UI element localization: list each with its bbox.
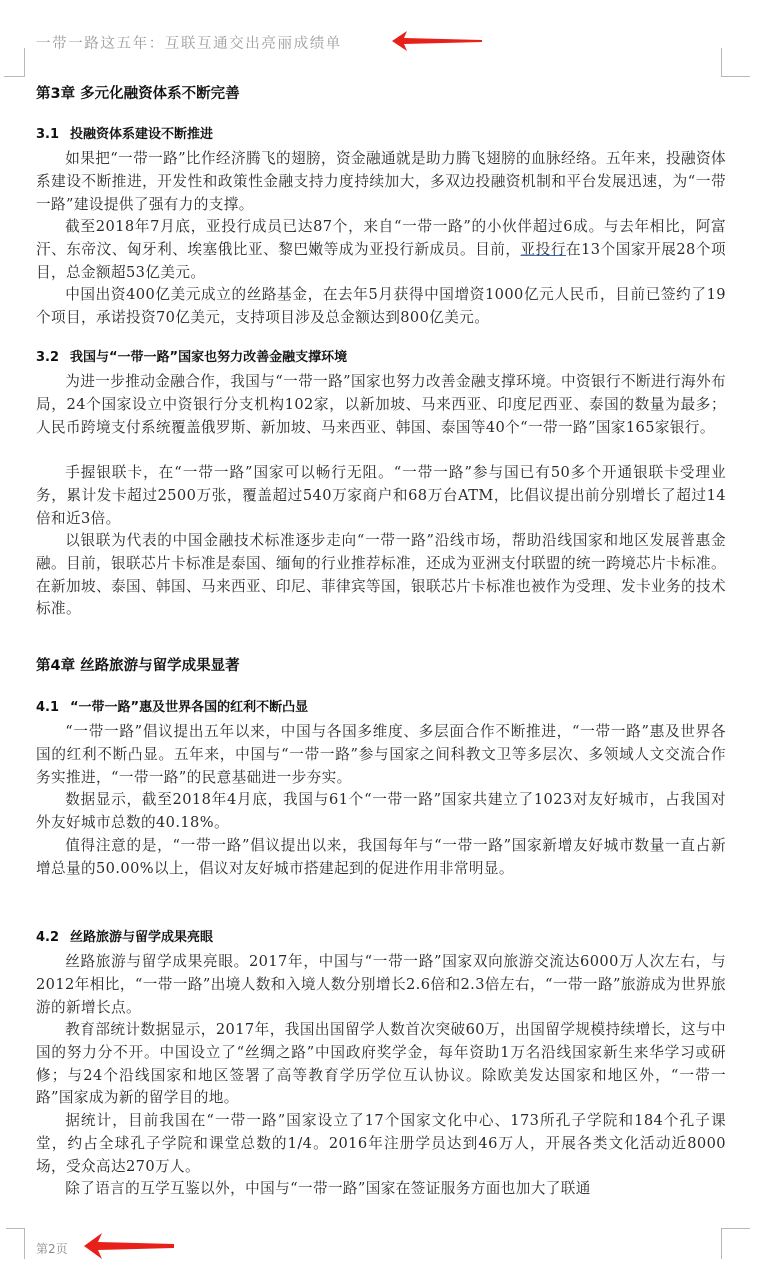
margin-corner-bottom-right: [721, 1228, 750, 1259]
section-3-2-heading: 3.2我国与“一带一路”国家也努力改善金融支撑环境: [36, 346, 347, 365]
document-page: 一带一路这五年：互联互通交出亮丽成绩单 第3章 多元化融资体系不断完善 3.1投…: [0, 0, 764, 1280]
section-title: 我国与“一带一路”国家也努力改善金融支撑环境: [70, 350, 347, 365]
paragraph: 手握银联卡，在“一带一路”国家可以畅行无阻。“一带一路”参与国已有50多个开通银…: [36, 462, 726, 530]
margin-corner-top-right: [721, 48, 750, 77]
section-3-1-heading: 3.1投融资体系建设不断推进: [36, 123, 213, 142]
spellcheck-underlined-word[interactable]: 亚投行: [521, 241, 566, 258]
section-number: 4.1: [36, 700, 70, 715]
paragraph: 丝路旅游与留学成果亮眼。2017年，中国与“一带一路”国家双向旅游交流达6000…: [36, 951, 726, 1019]
paragraph: 为进一步推动金融合作，我国与“一带一路”国家也努力改善金融支撑环境。中资银行不断…: [36, 371, 726, 439]
paragraph: 据统计，目前我国在“一带一路”国家设立了17个国家文化中心、173所孔子学院和1…: [36, 1110, 726, 1178]
chapter-3-heading: 第3章 多元化融资体系不断完善: [36, 82, 240, 103]
paragraph: 如果把“一带一路”比作经济腾飞的翅膀，资金融通就是助力腾飞翅膀的血脉经络。五年来…: [36, 148, 726, 216]
page-footer-number[interactable]: 第2页: [36, 1240, 68, 1257]
paragraph: 教育部统计数据显示，2017年，我国出国留学人数首次突破60万，出国留学规模持续…: [36, 1019, 726, 1110]
paragraph: 以银联为代表的中国金融技术标准逐步走向“一带一路”沿线市场，帮助沿线国家和地区发…: [36, 530, 726, 621]
section-number: 3.1: [36, 127, 70, 142]
paragraph: 中国出资400亿美元成立的丝路基金，在去年5月获得中国增资1000亿元人民币，目…: [36, 284, 726, 330]
paragraph: 除了语言的互学互鉴以外，中国与“一带一路”国家在签证服务方面也加大了联通: [36, 1178, 726, 1201]
page-header[interactable]: 一带一路这五年：互联互通交出亮丽成绩单: [36, 32, 342, 53]
red-arrow-icon-header: [392, 30, 484, 52]
paragraph: 数据显示，截至2018年4月底，我国与61个“一带一路”国家共建立了1023对友…: [36, 789, 726, 835]
section-title: 丝路旅游与留学成果亮眼: [70, 930, 213, 945]
paragraph: 截至2018年7月底，亚投行成员已达87个，来自“一带一路”的小伙伴超过6成。与…: [36, 216, 726, 284]
paragraph: “一带一路”倡议提出五年以来，中国与各国多维度、多层面合作不断推进，“一带一路”…: [36, 721, 726, 789]
chapter-4-heading: 第4章 丝路旅游与留学成果显著: [36, 654, 240, 675]
section-title: 投融资体系建设不断推进: [70, 127, 213, 142]
section-number: 4.2: [36, 930, 70, 945]
section-4-2-heading: 4.2丝路旅游与留学成果亮眼: [36, 926, 213, 945]
section-number: 3.2: [36, 350, 70, 365]
red-arrow-icon-footer: [84, 1232, 176, 1260]
section-4-1-heading: 4.1“一带一路”惠及世界各国的红利不断凸显: [36, 696, 308, 715]
margin-corner-bottom-left: [6, 1228, 25, 1259]
paragraph: 值得注意的是，“一带一路”倡议提出以来，我国每年与“一带一路”国家新增友好城市数…: [36, 835, 726, 881]
margin-corner-top-left: [4, 48, 25, 77]
section-title: “一带一路”惠及世界各国的红利不断凸显: [70, 700, 308, 715]
